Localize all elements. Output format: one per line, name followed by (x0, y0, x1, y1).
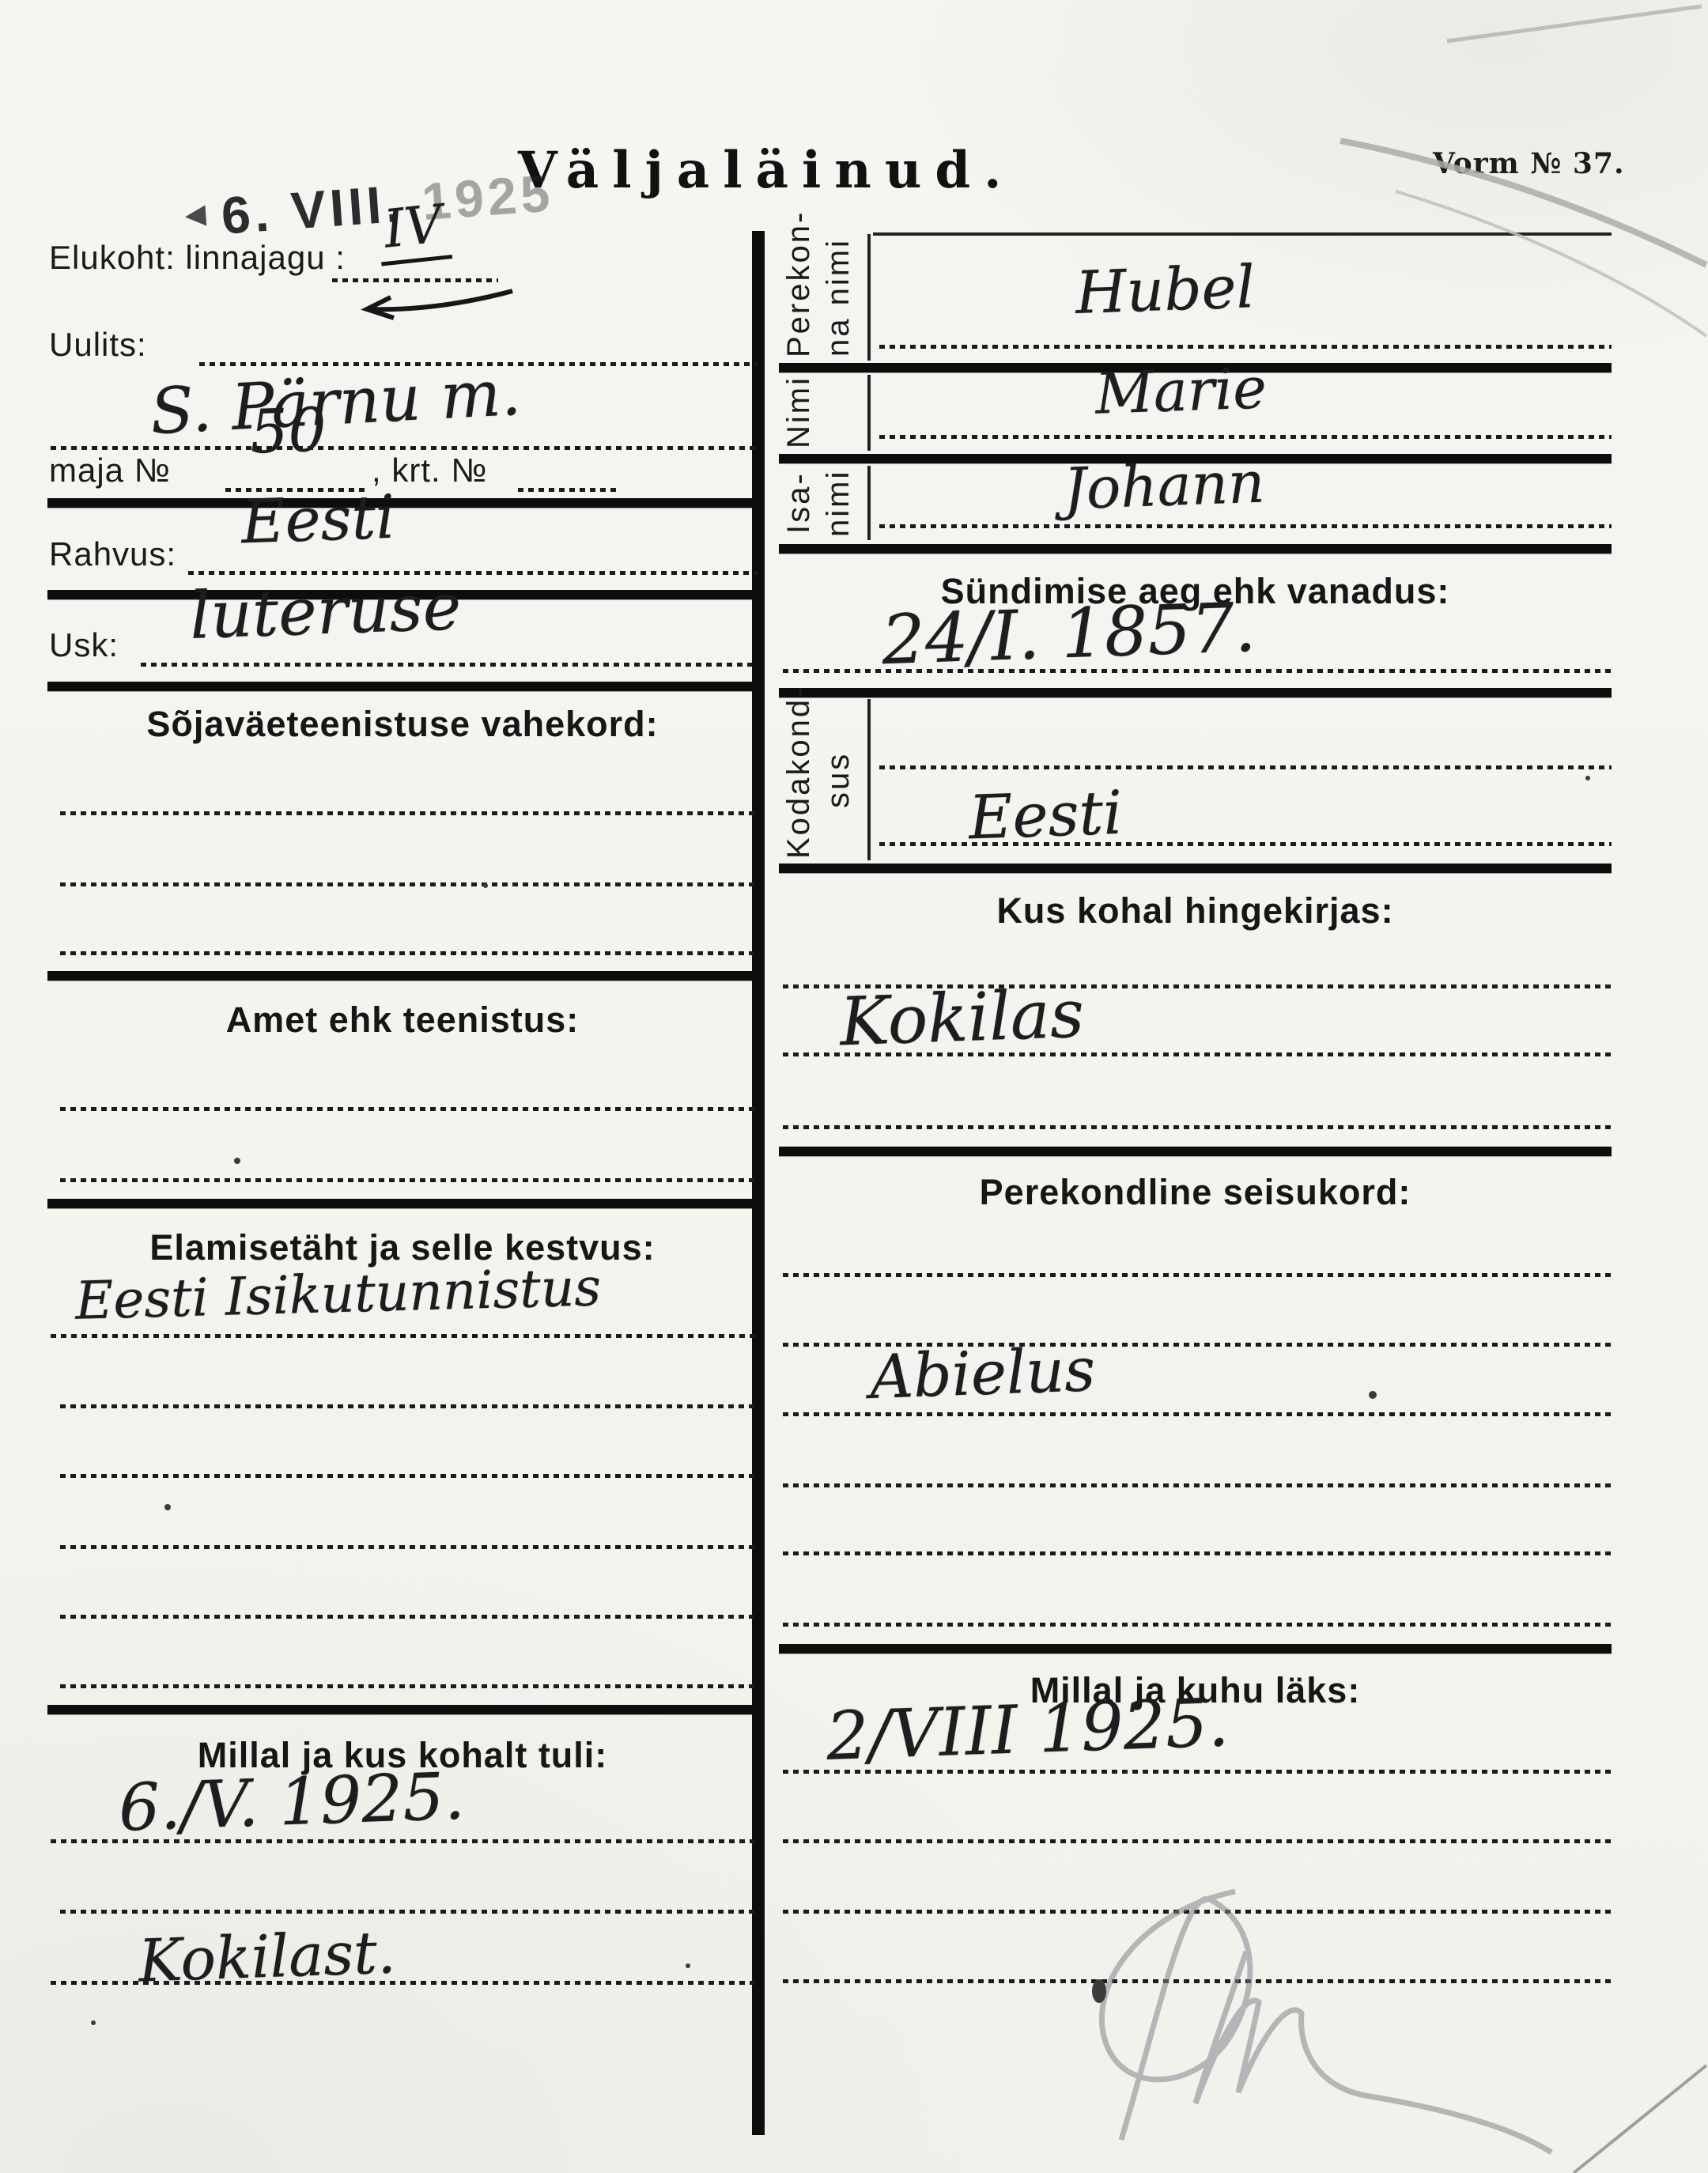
military-service-heading: Sõjaväeteenistuse vahekord: (47, 704, 758, 745)
dotted-line (51, 446, 758, 450)
departure-handwriting: 2/VIII 1925. (825, 1684, 1230, 1775)
page-title: Väljaläinud. (518, 141, 1015, 200)
section-rule (779, 544, 1612, 554)
firstname-handwriting: Marie (1094, 354, 1268, 427)
dotted-line (60, 1404, 758, 1408)
residence-value-handwriting: IV (375, 193, 452, 266)
cell-separator (867, 699, 871, 860)
dotted-line (783, 1770, 1612, 1774)
dotted-line (783, 1483, 1612, 1487)
dotted-line (879, 524, 1612, 528)
street-label: Uulits: (49, 328, 147, 361)
house-number-handwriting: 50 (248, 394, 327, 467)
date-stamp: ◄6. VIII. 1925 (176, 163, 556, 249)
dotted-line (60, 1474, 758, 1478)
dotted-line (141, 663, 758, 667)
section-rule (47, 1705, 758, 1714)
dotted-line (783, 1551, 1612, 1555)
citizenship-label: Kodakond- sus (779, 701, 867, 859)
dotted-line (783, 1839, 1612, 1843)
surname-handwriting: Hubel (1075, 253, 1256, 327)
dotted-line (879, 765, 1612, 769)
cell-top-rule (873, 232, 1612, 236)
nationality-handwriting: Eesti (240, 482, 396, 557)
section-rule (47, 682, 758, 691)
marital-status-heading: Perekondline seisukord: (779, 1172, 1612, 1213)
dotted-line (879, 435, 1612, 439)
parish-handwriting: Kokilas (838, 975, 1085, 1061)
dotted-line (783, 1412, 1612, 1416)
dotted-line (879, 842, 1612, 846)
dotted-line (60, 1107, 758, 1111)
dotted-line (518, 488, 619, 492)
arrival-date-handwriting: 6./V. 1925. (117, 1759, 466, 1846)
registration-card: Väljaläinud. Vorm № 37. ◄6. VIII. 1925 E… (0, 0, 1708, 2173)
birthdate-handwriting: 24/I. 1857. (880, 588, 1256, 680)
residence-permit-handwriting: Eesti Isikutunnistus (74, 1257, 602, 1331)
dotted-line (51, 1839, 758, 1843)
dotted-line (783, 1979, 1612, 1983)
dotted-line (188, 571, 758, 575)
house-number-label: maja № (49, 454, 171, 487)
form-number: Vorm № 37. (1433, 147, 1625, 180)
column-divider (752, 231, 765, 2135)
dotted-line (60, 1910, 758, 1914)
section-rule (47, 498, 758, 508)
parish-register-heading: Kus kohal hingekirjas: (779, 890, 1612, 932)
religion-label: Usk: (49, 629, 119, 662)
dotted-line (879, 345, 1612, 349)
stamp-arrow-mark: ◄ (177, 194, 218, 236)
dotted-line (783, 1125, 1612, 1129)
cell-separator (867, 234, 871, 361)
dotted-line (60, 1615, 758, 1619)
section-rule (779, 688, 1612, 697)
residence-label: Elukoht: linnajagu : (49, 241, 346, 274)
dotted-line (60, 1178, 758, 1182)
dotted-line (332, 278, 498, 282)
occupation-heading: Amet ehk teenistus: (47, 1000, 758, 1041)
dotted-line (783, 1052, 1612, 1056)
dotted-line (60, 882, 758, 886)
dotted-line (783, 1910, 1612, 1914)
linnajagu-underline-arrow (367, 291, 512, 318)
dotted-line (60, 951, 758, 955)
street-value-handwriting: S. Pärnu m. (149, 356, 523, 448)
surname-label: Perekon- na nimi (779, 237, 867, 357)
dotted-line (783, 1623, 1612, 1627)
cell-separator (867, 375, 871, 451)
dotted-line (51, 1981, 758, 1985)
firstname-label: Nimi (779, 375, 867, 449)
citizenship-handwriting: Eesti (968, 777, 1124, 853)
section-rule (47, 971, 758, 981)
nationality-label: Rahvus: (49, 538, 176, 571)
section-rule (779, 1644, 1612, 1653)
patronymic-label: Isa- nimi (779, 465, 867, 541)
dotted-line (51, 1334, 758, 1338)
pencil-signature (1102, 1891, 1551, 2152)
crease-marks (1340, 6, 1706, 2173)
dotted-line (60, 1545, 758, 1549)
marital-status-handwriting: Abielus (869, 1334, 1097, 1412)
dotted-line (60, 1684, 758, 1688)
section-rule (779, 1147, 1612, 1156)
cell-separator (867, 466, 871, 540)
dotted-line (60, 811, 758, 815)
section-rule (47, 1199, 758, 1208)
dotted-line (783, 669, 1612, 673)
patronymic-handwriting: Johann (1063, 449, 1266, 523)
section-rule (779, 864, 1612, 873)
religion-handwriting: luteruse (188, 569, 462, 654)
dotted-line (783, 1273, 1612, 1277)
